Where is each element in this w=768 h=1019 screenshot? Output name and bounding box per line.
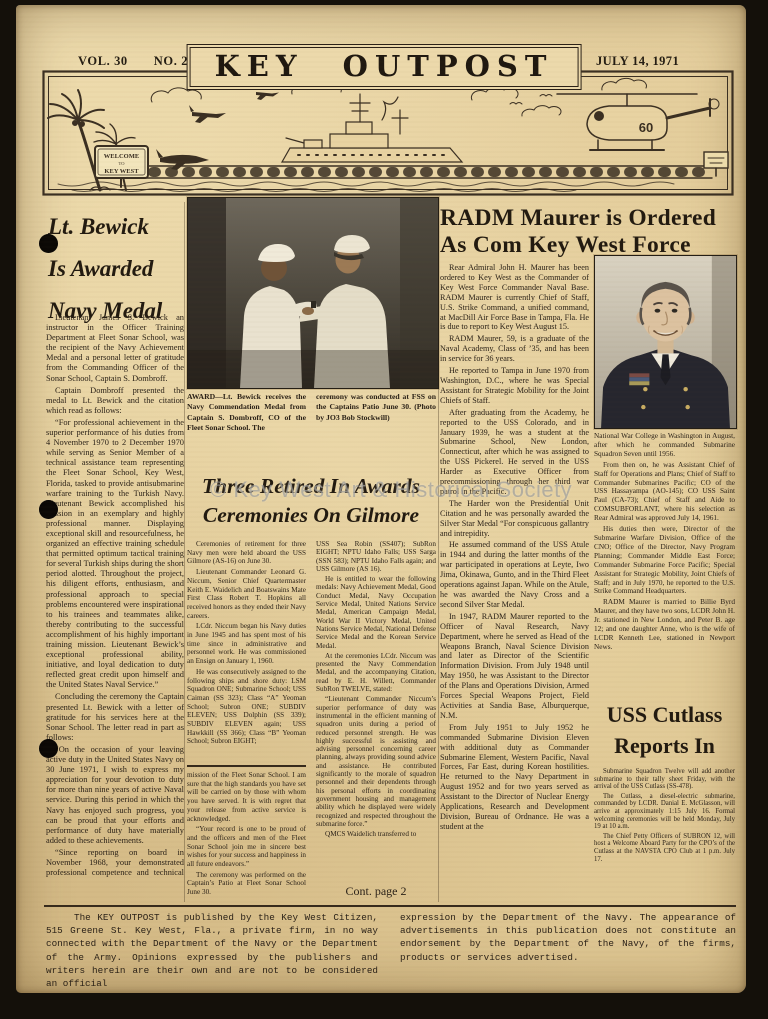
paragraph: “Since reporting on board in November 19…	[46, 848, 184, 878]
bewick-headline-line2: Is Awarded	[48, 248, 190, 290]
paragraph: RADM Maurer is married to Billie Byrd Ma…	[594, 598, 735, 651]
maurer-headline-line1: RADM Maurer is Ordered	[440, 205, 740, 232]
paragraph: He reported to Tampa in June 1970 from W…	[440, 366, 589, 406]
water-illustration	[58, 182, 674, 192]
paragraph: National War College in Washington in Au…	[594, 432, 735, 459]
paragraph: The ceremony was performed on the Captai…	[187, 871, 306, 897]
bewick-article-body: Lieutenant James S. Bewick an instructor…	[46, 313, 184, 878]
birds-illustration	[510, 95, 552, 105]
paragraph: QMCS Waidelich transferred to	[316, 830, 436, 838]
paragraph: Ceremonies of retirement for three Navy …	[187, 540, 306, 566]
paragraph: “On the occasion of your leaving active …	[46, 745, 184, 846]
cutlass-article-body: Submarine Squadron Twelve will add anoth…	[594, 768, 735, 904]
archive-watermark: © Key West Art & Historical Society	[210, 477, 572, 503]
section-rule	[187, 765, 306, 767]
welcome-sign-line3: KEY WEST	[104, 168, 139, 175]
publisher-statement-left: The KEY OUTPOST is published by the Key …	[46, 911, 378, 990]
newspaper-page: VOL. 30NO. 27 JULY 14, 1971 KEY OUTPOST	[0, 0, 768, 1019]
photo-caption-left: AWARD—Lt. Bewick receives the Navy Comme…	[187, 392, 306, 470]
seawall-illustration	[102, 166, 712, 178]
paragraph: His duties then were, Director of the Su…	[594, 525, 735, 596]
volume-label: VOL. 30	[78, 54, 128, 68]
footer-rule	[44, 905, 736, 907]
date-line: JULY 14, 1971	[596, 54, 679, 69]
helicopter-illustration: 60	[557, 94, 719, 150]
paragraph: Concluding the ceremony the Captain pres…	[46, 692, 184, 742]
ribbon-bars	[629, 373, 649, 385]
cutlass-headline-line2: Reports In	[594, 730, 735, 761]
paragraph: LCdr. Niccum began his Navy duties in Ju…	[187, 622, 306, 666]
paragraph: The Chief Petty Officers of SUBRON 12, w…	[594, 833, 735, 863]
welcome-sign-line2: TO	[119, 161, 126, 166]
paragraph: RADM Maurer, 59, is a graduate of the Na…	[440, 334, 589, 364]
paragraph: Captain Dombroff presented the medal to …	[46, 386, 184, 416]
paragraph: Lieutenant James S. Bewick an instructor…	[46, 313, 184, 384]
welcome-sign: WELCOME TO KEY WEST	[95, 146, 148, 187]
maurer-column-1: Rear Admiral John H. Maurer has been ord…	[440, 263, 589, 901]
paragraph: USS Sea Robin (SS407); SubRon EIGHT; NPT…	[316, 540, 436, 573]
paragraph: mission of the Fleet Sonar School. I am …	[187, 771, 306, 823]
paragraph: The Harder won the Presidential Unit Cit…	[440, 499, 589, 539]
masthead-title: KEY OUTPOST	[187, 44, 582, 90]
jet-illustration	[156, 149, 209, 170]
bewick-headline-line1: Lt. Bewick	[48, 206, 190, 248]
paragraph: Lieutenant Commander Leonard G. Niccum, …	[187, 568, 306, 620]
bewick-letter-continuation: mission of the Fleet Sonar School. I am …	[187, 771, 306, 902]
paragraph: He is entitled to wear the following med…	[316, 575, 436, 650]
paragraph: At the ceremonies LCdr. Niccum was prese…	[316, 652, 436, 693]
caption-text: AWARD—Lt. Bewick receives the Navy Comme…	[187, 392, 306, 434]
gilmore-column-2: USS Sea Robin (SS407); SubRon EIGHT; NPT…	[316, 540, 436, 881]
maurer-headline: RADM Maurer is Ordered As Com Key West F…	[440, 205, 740, 259]
paragraph: He was consecutively assigned to the fol…	[187, 668, 306, 746]
roadside-sign	[704, 152, 728, 176]
photo-caption-right: ceremony was conducted at FSS on the Cap…	[316, 392, 436, 470]
paragraph: “Lieutenant Commander Niccum’s superior …	[316, 695, 436, 828]
aircraft-illustration	[189, 92, 279, 123]
paragraph: Rear Admiral John H. Maurer has been ord…	[440, 263, 589, 332]
paragraph: Submarine Squadron Twelve will add anoth…	[594, 768, 735, 791]
helicopter-number-label: 60	[639, 120, 653, 135]
paragraph: In 1947, RADM Maurer reported to the Off…	[440, 612, 589, 721]
continued-on-page-note: Cont. page 2	[316, 884, 436, 899]
publisher-statement-right: expression by the Department of the Navy…	[400, 911, 736, 964]
caption-text: ceremony was conducted at FSS on the Cap…	[316, 392, 436, 423]
maurer-column-2: National War College in Washington in Au…	[594, 432, 735, 692]
paragraph: “For professional achievement in the sup…	[46, 418, 184, 691]
cutlass-headline: USS Cutlass Reports In	[594, 699, 735, 761]
gilmore-headline-line2: Ceremonies On Gilmore	[186, 501, 436, 530]
award-ceremony-photo	[187, 197, 439, 389]
gilmore-column-1: Ceremonies of retirement for three Navy …	[187, 540, 306, 763]
welcome-sign-line1: WELCOME	[104, 153, 139, 160]
ship-illustration	[282, 94, 462, 162]
paragraph: “Your record is one to be proud of and t…	[187, 825, 306, 869]
maurer-portrait-photo	[594, 255, 737, 429]
punch-hole	[39, 234, 58, 253]
paragraph: He assumed command of the USS Atule in 1…	[440, 540, 589, 609]
paragraph: The Cutlass, a diesel-electric submarine…	[594, 793, 735, 831]
paragraph: From then on, he was Assistant Chief of …	[594, 461, 735, 523]
paragraph: From July 1951 to July 1952 he commanded…	[440, 723, 589, 832]
punch-hole	[39, 500, 58, 519]
punch-hole	[39, 739, 58, 758]
cutlass-headline-line1: USS Cutlass	[594, 699, 735, 730]
